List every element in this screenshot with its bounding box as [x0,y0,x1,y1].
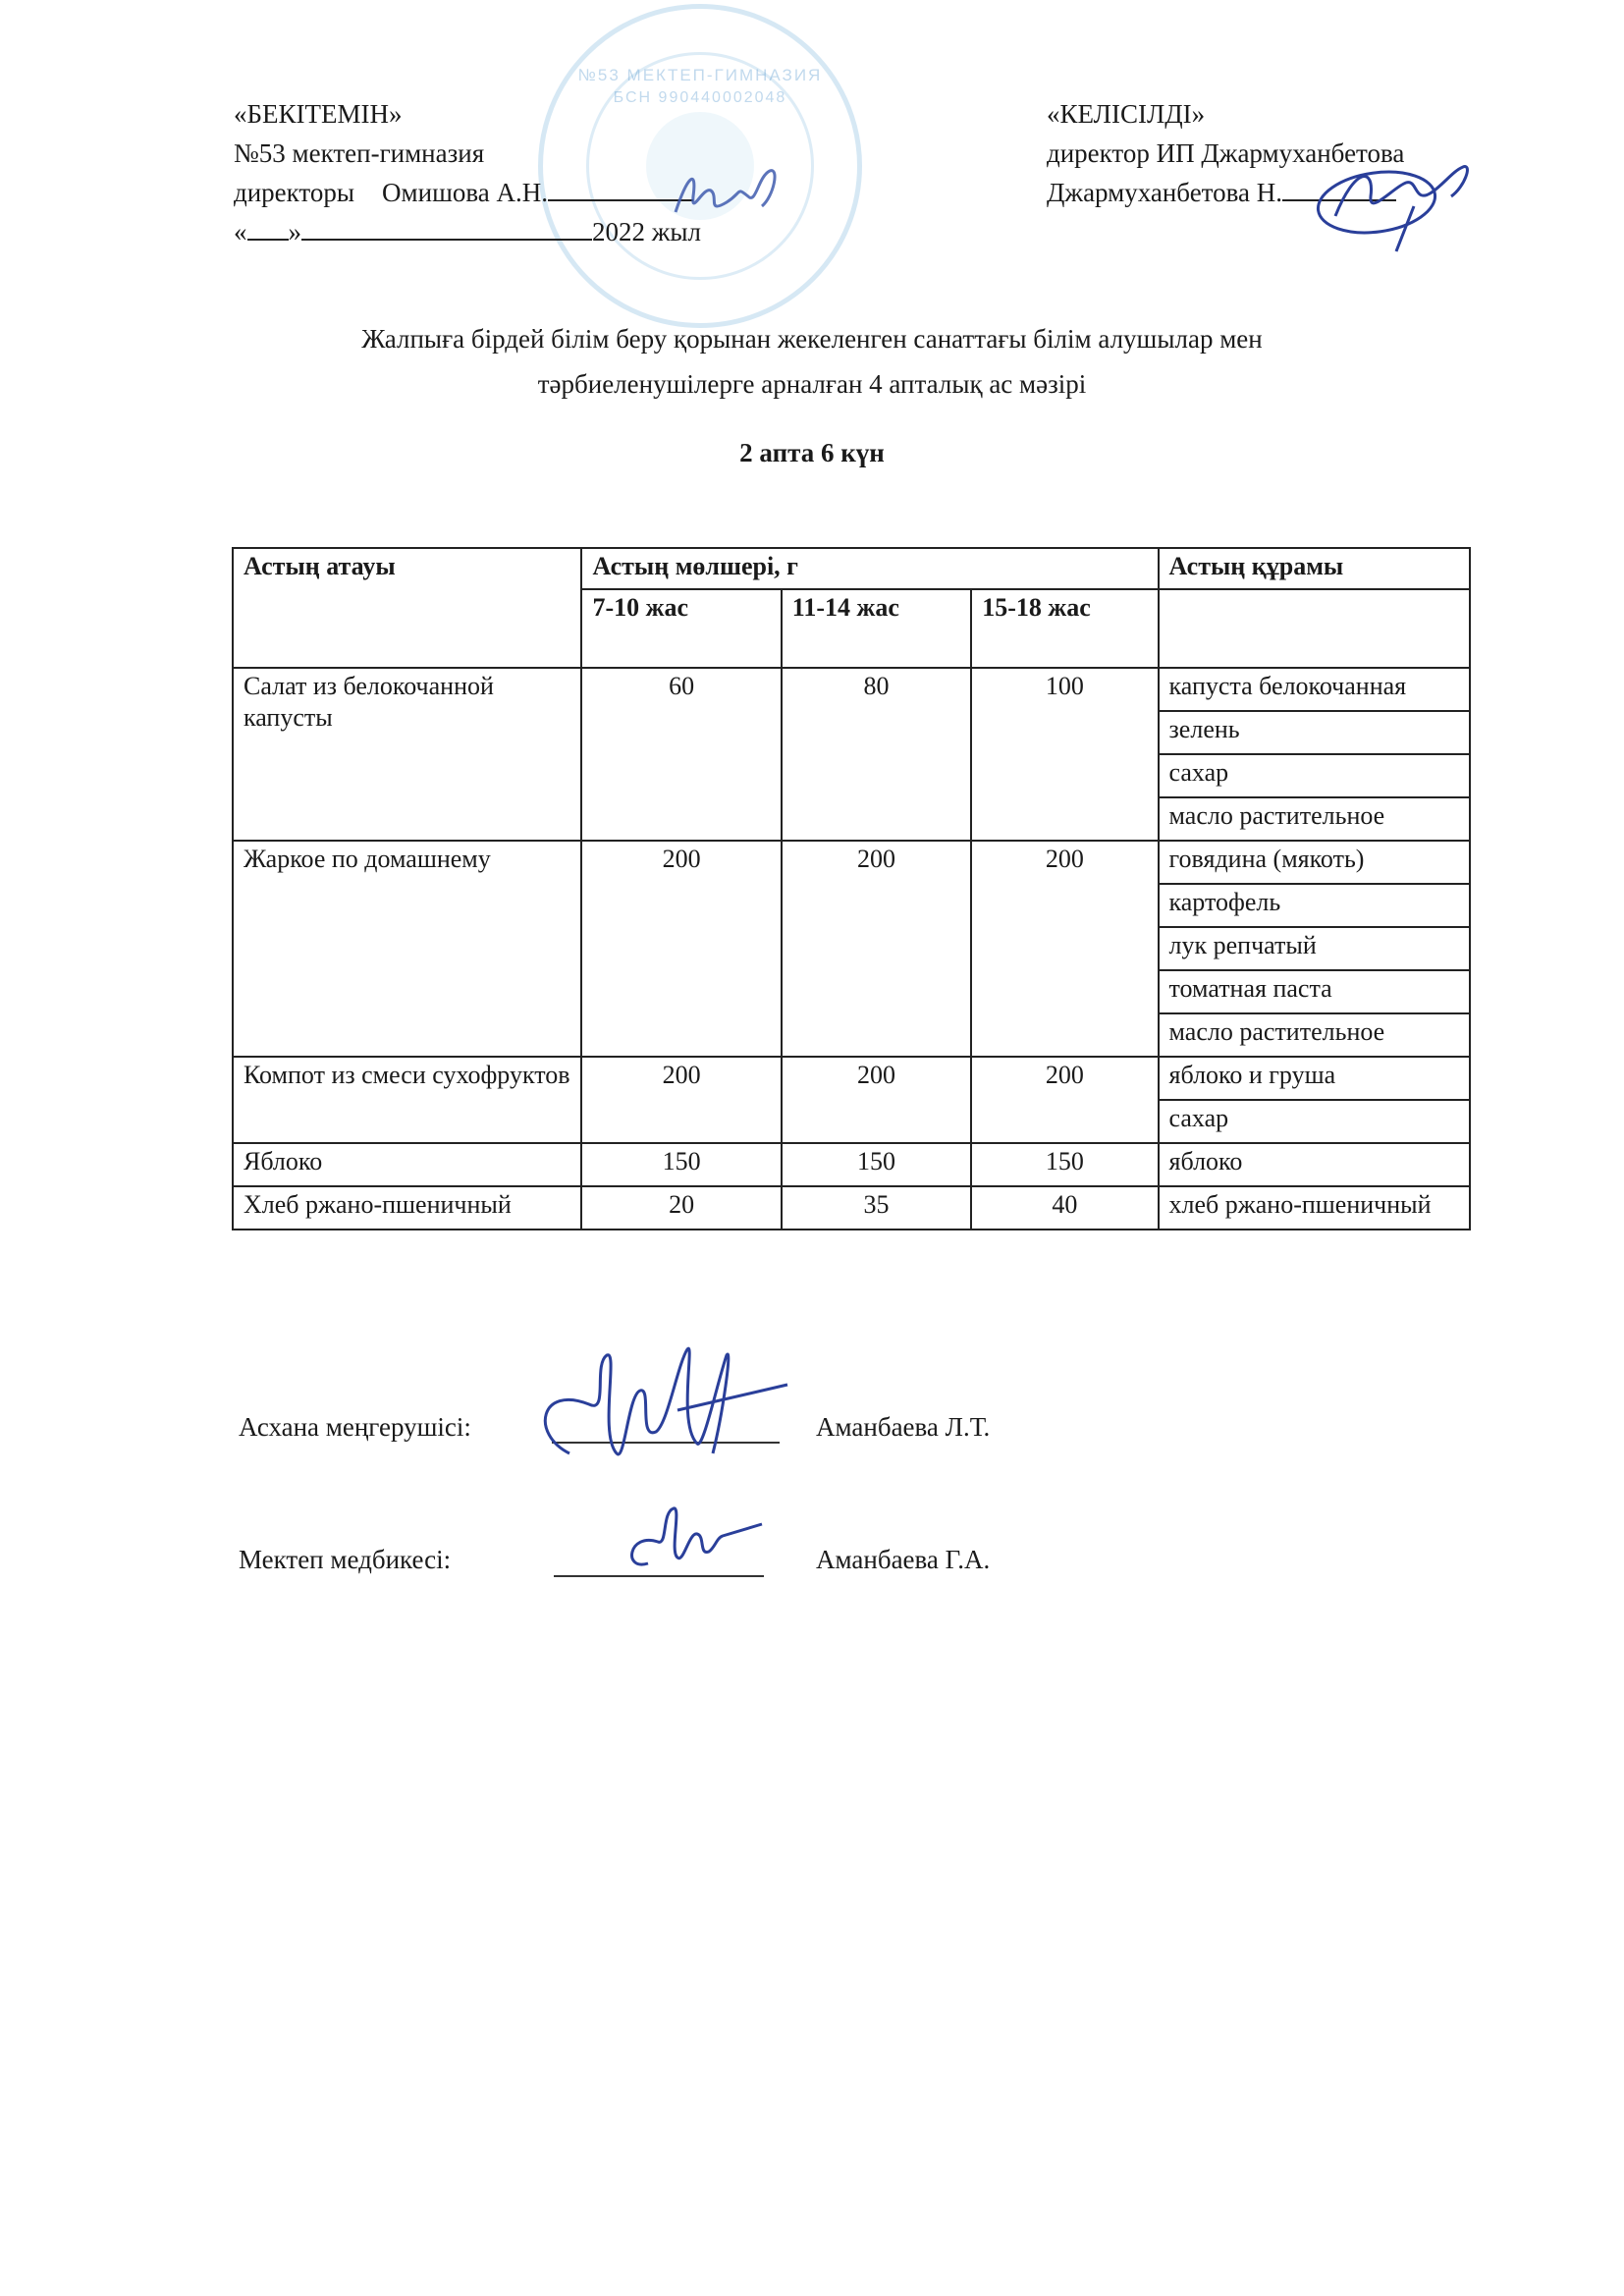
date-day-blank [247,213,289,241]
agreement-signature [1316,147,1492,255]
dish-amount: 20 [581,1186,781,1230]
dish-amount: 200 [782,841,972,1057]
approval-position: директоры [234,178,354,207]
table-row: Хлеб ржано-пшеничный203540хлеб ржано-пше… [233,1186,1470,1230]
school-nurse-name: Аманбаева Г.А. [816,1545,990,1575]
agreement-title: «КЕЛІСІЛДІ» [1047,94,1404,134]
approval-block: «БЕКІТЕМІН» №53 мектеп-гимназия директор… [234,94,701,251]
dish-name: Компот из смеси сухофруктов [233,1057,581,1143]
dish-name: Салат из белокочанной капусты [233,668,581,841]
dish-amount: 200 [581,1057,781,1143]
kitchen-head-label: Асхана меңгерушісі: [239,1412,471,1443]
table-row: Компот из смеси сухофруктов200200200ябло… [233,1057,1470,1100]
kitchen-head-signature [530,1345,805,1483]
dish-amount: 200 [971,841,1158,1057]
dish-amount: 40 [971,1186,1158,1230]
approval-signer: директорыОмишова А.Н. [234,173,701,212]
approval-title: «БЕКІТЕМІН» [234,94,701,134]
approval-org: №53 мектеп-гимназия [234,134,701,173]
dish-amount: 200 [782,1057,972,1143]
table-row: Жаркое по домашнему200200200говядина (мя… [233,841,1470,884]
document-subtitle: 2 апта 6 күн [0,438,1624,468]
dish-amount: 150 [581,1143,781,1186]
ingredient: яблоко [1159,1143,1470,1186]
ingredient: капуста белокочанная [1159,668,1470,711]
header-dish-name: Астың атауы [233,548,581,668]
dish-amount: 200 [971,1057,1158,1143]
school-nurse-label: Мектеп медбикесі: [239,1545,451,1575]
ingredient: говядина (мякоть) [1159,841,1470,884]
approval-date: «»2022 жыл [234,212,701,251]
dish-amount: 200 [581,841,781,1057]
dish-name: Жаркое по домашнему [233,841,581,1057]
kitchen-head-name: Аманбаева Л.Т. [816,1412,990,1443]
dish-amount: 150 [782,1143,972,1186]
ingredient: масло растительное [1159,1013,1470,1057]
dish-name: Хлеб ржано-пшеничный [233,1186,581,1230]
school-nurse-signature [619,1503,766,1581]
header-composition: Астың құрамы [1159,548,1470,589]
header-age-15-18: 15-18 жас [971,589,1158,668]
dish-amount: 80 [782,668,972,841]
header-amount: Астың мөлшері, г [581,548,1158,589]
dish-amount: 150 [971,1143,1158,1186]
document-title-line1: Жалпыға бірдей білім беру қорынан жекеле… [0,324,1624,355]
header-composition-blank [1159,589,1470,668]
ingredient: хлеб ржано-пшеничный [1159,1186,1470,1230]
header-age-7-10: 7-10 жас [581,589,781,668]
agreement-person: Джармуханбетова Н. [1047,178,1282,207]
stamp-text-line1: №53 МЕКТЕП-ГИМНАЗИЯ [543,66,857,85]
dish-amount: 100 [971,668,1158,841]
dish-amount: 35 [782,1186,972,1230]
ingredient: лук репчатый [1159,927,1470,970]
dish-name: Яблоко [233,1143,581,1186]
ingredient: томатная паста [1159,970,1470,1013]
dish-amount: 60 [581,668,781,841]
ingredient: масло растительное [1159,797,1470,841]
date-month-blank [301,213,592,241]
document-title-line2: тәрбиеленушілерге арналған 4 апталық ас … [0,369,1624,400]
menu-table: Астың атауы Астың мөлшері, г Астың құрам… [232,547,1471,1230]
ingredient: сахар [1159,754,1470,797]
table-row: Салат из белокочанной капусты6080100капу… [233,668,1470,711]
header-age-11-14: 11-14 жас [782,589,972,668]
ingredient: яблоко и груша [1159,1057,1470,1100]
ingredient: сахар [1159,1100,1470,1143]
director-signature [668,157,795,236]
ingredient: картофель [1159,884,1470,927]
ingredient: зелень [1159,711,1470,754]
table-row: Яблоко150150150яблоко [233,1143,1470,1186]
approval-person: Омишова А.Н. [382,178,548,207]
